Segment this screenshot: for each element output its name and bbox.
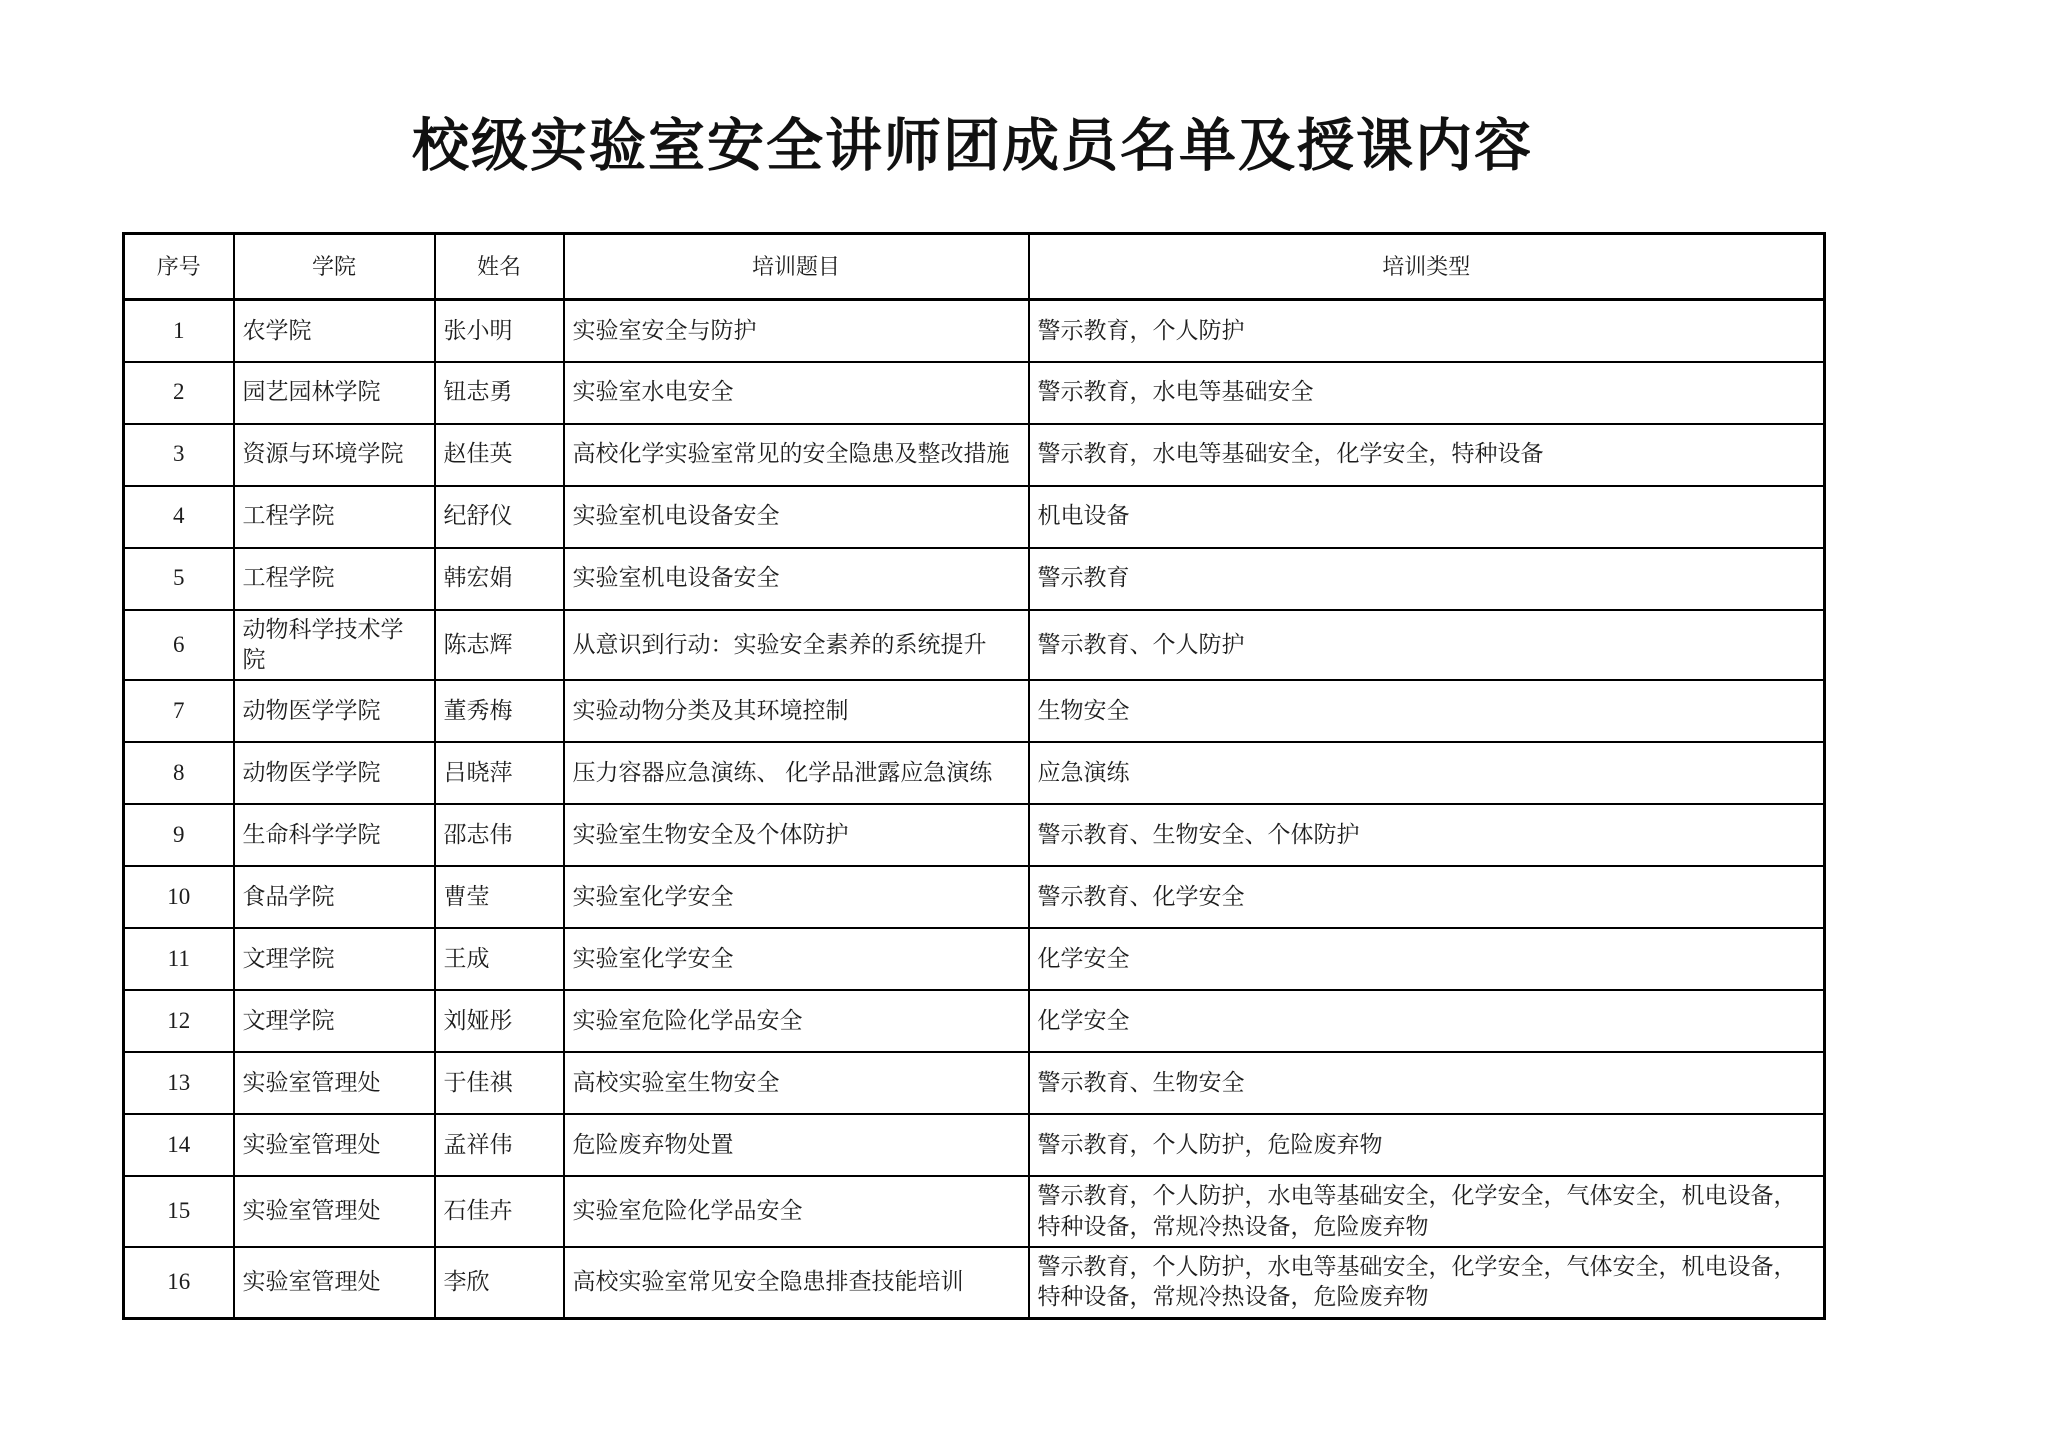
cell-college: 文理学院 xyxy=(234,990,435,1052)
column-header-name: 姓名 xyxy=(435,234,564,300)
cell-topic: 高校化学实验室常见的安全隐患及整改措施 xyxy=(564,424,1029,486)
cell-no: 16 xyxy=(124,1247,234,1318)
cell-college: 实验室管理处 xyxy=(234,1114,435,1176)
cell-college: 工程学院 xyxy=(234,486,435,548)
cell-name: 曹莹 xyxy=(435,866,564,928)
cell-topic: 高校实验室生物安全 xyxy=(564,1052,1029,1114)
cell-name: 钮志勇 xyxy=(435,362,564,424)
cell-topic: 实验室化学安全 xyxy=(564,928,1029,990)
cell-name: 吕晓萍 xyxy=(435,742,564,804)
cell-no: 2 xyxy=(124,362,234,424)
cell-name: 邵志伟 xyxy=(435,804,564,866)
cell-no: 15 xyxy=(124,1176,234,1247)
table-row: 8 动物医学学院 吕晓萍 压力容器应急演练、 化学品泄露应急演练 应急演练 xyxy=(124,742,1825,804)
cell-no: 6 xyxy=(124,610,234,681)
table-header-row: 序号 学院 姓名 培训题目 培训类型 xyxy=(124,234,1825,300)
cell-no: 7 xyxy=(124,680,234,742)
cell-college: 食品学院 xyxy=(234,866,435,928)
cell-type: 生物安全 xyxy=(1029,680,1825,742)
cell-type: 应急演练 xyxy=(1029,742,1825,804)
cell-type: 化学安全 xyxy=(1029,990,1825,1052)
cell-topic: 实验室机电设备安全 xyxy=(564,548,1029,610)
lecturer-roster-table: 序号 学院 姓名 培训题目 培训类型 1 农学院 张小明 实验室安全与防护 警示… xyxy=(122,232,1826,1320)
table-row: 4 工程学院 纪舒仪 实验室机电设备安全 机电设备 xyxy=(124,486,1825,548)
cell-name: 陈志辉 xyxy=(435,610,564,681)
cell-type: 警示教育，个人防护，水电等基础安全，化学安全，气体安全，机电设备，特种设备，常规… xyxy=(1029,1247,1825,1318)
cell-name: 孟祥伟 xyxy=(435,1114,564,1176)
cell-type: 警示教育，个人防护，危险废弃物 xyxy=(1029,1114,1825,1176)
cell-name: 王成 xyxy=(435,928,564,990)
column-header-topic: 培训题目 xyxy=(564,234,1029,300)
cell-college: 工程学院 xyxy=(234,548,435,610)
cell-topic: 实验室安全与防护 xyxy=(564,300,1029,362)
cell-name: 纪舒仪 xyxy=(435,486,564,548)
cell-topic: 压力容器应急演练、 化学品泄露应急演练 xyxy=(564,742,1029,804)
table-row: 16 实验室管理处 李欣 高校实验室常见安全隐患排查技能培训 警示教育，个人防护… xyxy=(124,1247,1825,1318)
cell-topic: 实验室危险化学品安全 xyxy=(564,1176,1029,1247)
table-row: 11 文理学院 王成 实验室化学安全 化学安全 xyxy=(124,928,1825,990)
cell-college: 资源与环境学院 xyxy=(234,424,435,486)
cell-topic: 实验室水电安全 xyxy=(564,362,1029,424)
cell-topic: 实验室机电设备安全 xyxy=(564,486,1029,548)
cell-type: 警示教育，水电等基础安全 xyxy=(1029,362,1825,424)
cell-name: 李欣 xyxy=(435,1247,564,1318)
cell-name: 石佳卉 xyxy=(435,1176,564,1247)
cell-topic: 从意识到行动：实验安全素养的系统提升 xyxy=(564,610,1029,681)
cell-college: 农学院 xyxy=(234,300,435,362)
cell-no: 10 xyxy=(124,866,234,928)
cell-type: 警示教育，个人防护 xyxy=(1029,300,1825,362)
cell-type: 警示教育 xyxy=(1029,548,1825,610)
table-row: 7 动物医学学院 董秀梅 实验动物分类及其环境控制 生物安全 xyxy=(124,680,1825,742)
page-title: 校级实验室安全讲师团成员名单及授课内容 xyxy=(122,100,1823,182)
cell-type: 警示教育，个人防护，水电等基础安全，化学安全，气体安全，机电设备，特种设备，常规… xyxy=(1029,1176,1825,1247)
cell-college: 文理学院 xyxy=(234,928,435,990)
table-row: 5 工程学院 韩宏娟 实验室机电设备安全 警示教育 xyxy=(124,548,1825,610)
table-row: 1 农学院 张小明 实验室安全与防护 警示教育，个人防护 xyxy=(124,300,1825,362)
column-header-college: 学院 xyxy=(234,234,435,300)
cell-topic: 实验室化学安全 xyxy=(564,866,1029,928)
cell-topic: 危险废弃物处置 xyxy=(564,1114,1029,1176)
cell-no: 4 xyxy=(124,486,234,548)
column-header-type: 培训类型 xyxy=(1029,234,1825,300)
cell-topic: 实验动物分类及其环境控制 xyxy=(564,680,1029,742)
cell-no: 14 xyxy=(124,1114,234,1176)
cell-no: 8 xyxy=(124,742,234,804)
cell-type: 警示教育、生物安全、个体防护 xyxy=(1029,804,1825,866)
cell-no: 9 xyxy=(124,804,234,866)
cell-type: 警示教育、生物安全 xyxy=(1029,1052,1825,1114)
cell-topic: 实验室生物安全及个体防护 xyxy=(564,804,1029,866)
document-page: 校级实验室安全讲师团成员名单及授课内容 序号 学院 姓名 培训题目 培训类型 1… xyxy=(0,0,2048,1448)
table-row: 13 实验室管理处 于佳祺 高校实验室生物安全 警示教育、生物安全 xyxy=(124,1052,1825,1114)
column-header-no: 序号 xyxy=(124,234,234,300)
cell-college: 实验室管理处 xyxy=(234,1247,435,1318)
cell-topic: 高校实验室常见安全隐患排查技能培训 xyxy=(564,1247,1029,1318)
cell-type: 机电设备 xyxy=(1029,486,1825,548)
cell-name: 于佳祺 xyxy=(435,1052,564,1114)
cell-college: 实验室管理处 xyxy=(234,1052,435,1114)
cell-type: 警示教育、化学安全 xyxy=(1029,866,1825,928)
cell-name: 董秀梅 xyxy=(435,680,564,742)
cell-name: 赵佳英 xyxy=(435,424,564,486)
cell-college: 园艺园林学院 xyxy=(234,362,435,424)
cell-topic: 实验室危险化学品安全 xyxy=(564,990,1029,1052)
cell-no: 11 xyxy=(124,928,234,990)
cell-college: 动物医学学院 xyxy=(234,680,435,742)
cell-college: 实验室管理处 xyxy=(234,1176,435,1247)
cell-no: 13 xyxy=(124,1052,234,1114)
cell-name: 刘娅彤 xyxy=(435,990,564,1052)
table-row: 3 资源与环境学院 赵佳英 高校化学实验室常见的安全隐患及整改措施 警示教育，水… xyxy=(124,424,1825,486)
cell-college: 动物科学技术学院 xyxy=(234,610,435,681)
table-row: 12 文理学院 刘娅彤 实验室危险化学品安全 化学安全 xyxy=(124,990,1825,1052)
cell-type: 化学安全 xyxy=(1029,928,1825,990)
cell-name: 韩宏娟 xyxy=(435,548,564,610)
table-row: 6 动物科学技术学院 陈志辉 从意识到行动：实验安全素养的系统提升 警示教育、个… xyxy=(124,610,1825,681)
cell-no: 3 xyxy=(124,424,234,486)
cell-college: 生命科学学院 xyxy=(234,804,435,866)
cell-college: 动物医学学院 xyxy=(234,742,435,804)
table-row: 10 食品学院 曹莹 实验室化学安全 警示教育、化学安全 xyxy=(124,866,1825,928)
table-row: 2 园艺园林学院 钮志勇 实验室水电安全 警示教育，水电等基础安全 xyxy=(124,362,1825,424)
cell-no: 12 xyxy=(124,990,234,1052)
cell-type: 警示教育、个人防护 xyxy=(1029,610,1825,681)
table-row: 9 生命科学学院 邵志伟 实验室生物安全及个体防护 警示教育、生物安全、个体防护 xyxy=(124,804,1825,866)
cell-name: 张小明 xyxy=(435,300,564,362)
table-row: 15 实验室管理处 石佳卉 实验室危险化学品安全 警示教育，个人防护，水电等基础… xyxy=(124,1176,1825,1247)
cell-no: 1 xyxy=(124,300,234,362)
cell-type: 警示教育，水电等基础安全，化学安全，特种设备 xyxy=(1029,424,1825,486)
table-row: 14 实验室管理处 孟祥伟 危险废弃物处置 警示教育，个人防护，危险废弃物 xyxy=(124,1114,1825,1176)
cell-no: 5 xyxy=(124,548,234,610)
